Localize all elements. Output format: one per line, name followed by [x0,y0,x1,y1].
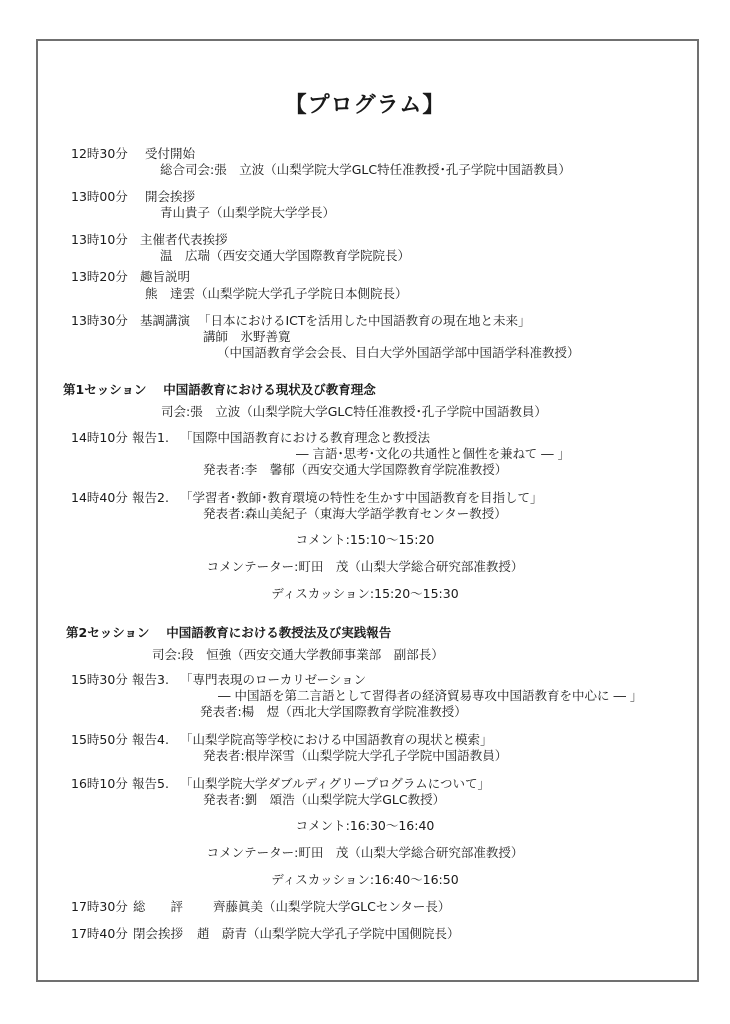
presenter: 発表者:李 馨郁（西安交通大学国際教育学院准教授） [203,462,507,478]
detail: 総合司会:張 立波（山梨学院大学GLC特任准教授･孔子学院中国語教員） [160,162,571,178]
report-title: 「山梨学院高等学校における中国語教育の現状と模索」 [180,732,493,748]
time: 17時40分 [71,926,128,942]
time: 12時30分 [71,146,128,162]
time: 15時50分 [71,732,128,748]
time: 16時10分 [71,776,128,792]
detail: 青山貴子（山梨学院大学学長） [160,205,335,221]
time: 13時10分 [71,232,128,248]
time: 15時30分 [71,672,128,688]
report-label: 報告3. [132,672,169,688]
time: 13時30分 [71,313,128,329]
comment-time: コメント:16:30～16:40 [0,818,730,834]
report-title: 「山梨学院大学ダブルディグリープログラムについて」 [180,776,490,792]
session2-chair: 司会:段 恒強（西安交通大学教師事業部 副部長） [152,647,444,663]
commentator: コメンテーター:町田 茂（山梨大学総合研究部准教授） [0,845,730,861]
page-title: 【プログラム】 [0,88,730,119]
report-title: 「国際中国語教育における教育理念と教授法 [180,430,430,446]
item-label: 趣旨説明 [140,269,190,285]
detail: 齊藤眞美（山梨学院大学GLCセンター長） [213,899,450,915]
keynote-affiliation: （中国語教育学会会長、目白大学外国語学部中国語学科准教授） [217,345,580,361]
keynote-title: 「日本におけるICTを活用した中国語教育の現在地と未来」 [198,313,531,329]
detail: 温 広瑞（西安交通大学国際教育学院院長） [160,248,410,264]
report-title: 「学習者･教師･教育環境の特性を生かす中国語教育を目指して」 [180,490,543,506]
report-label: 報告4. [132,732,169,748]
keynote-speaker: 講師 氷野善寛 [203,329,291,345]
detail: 趙 蔚青（山梨学院大学孔子学院中国側院長） [197,926,460,942]
time: 13時00分 [71,189,128,205]
detail: 熊 達雲（山梨学院大学孔子学院日本側院長） [145,286,408,302]
report-label: 報告5. [132,776,169,792]
presenter: 発表者:楊 煜（西北大学国際教育学院准教授） [200,704,467,720]
item-label: 受付開始 [145,146,195,162]
time: 13時20分 [71,269,128,285]
commentator: コメンテーター:町田 茂（山梨大学総合研究部准教授） [0,559,730,575]
presenter: 発表者:森山美紀子（東海大学語学教育センター教授） [203,506,507,522]
report-label: 報告1. [132,430,169,446]
report-subtitle: ― 言語･思考･文化の共通性と個性を兼ねて ― 」 [296,446,570,462]
time: 14時40分 [71,490,128,506]
item-label: 閉会挨拶 [133,926,183,942]
presenter: 発表者:劉 頌浩（山梨学院大学GLC教授） [203,792,445,808]
session1-heading: 第1セッション 中国語教育における現状及び教育理念 [63,382,376,398]
item-label: 主催者代表挨拶 [140,232,228,248]
item-label: 総 評 [133,899,183,915]
presenter: 発表者:根岸深雪（山梨学院大学孔子学院中国語教員） [203,748,507,764]
session1-chair: 司会:張 立波（山梨学院大学GLC特任准教授･孔子学院中国語教員） [161,404,547,420]
item-label: 開会挨拶 [145,189,195,205]
item-label: 基調講演 [140,313,190,329]
report-title: 「専門表現のローカリゼーション [180,672,366,688]
discussion-time: ディスカッション:16:40～16:50 [0,872,730,888]
discussion-time: ディスカッション:15:20～15:30 [0,586,730,602]
comment-time: コメント:15:10～15:20 [0,532,730,548]
report-label: 報告2. [132,490,169,506]
report-subtitle: ― 中国語を第二言語として習得者の経済貿易専攻中国語教育を中心に ― 」 [218,688,642,704]
time: 17時30分 [71,899,128,915]
session2-heading: 第2セッション 中国語教育における教授法及び実践報告 [66,625,391,641]
time: 14時10分 [71,430,128,446]
